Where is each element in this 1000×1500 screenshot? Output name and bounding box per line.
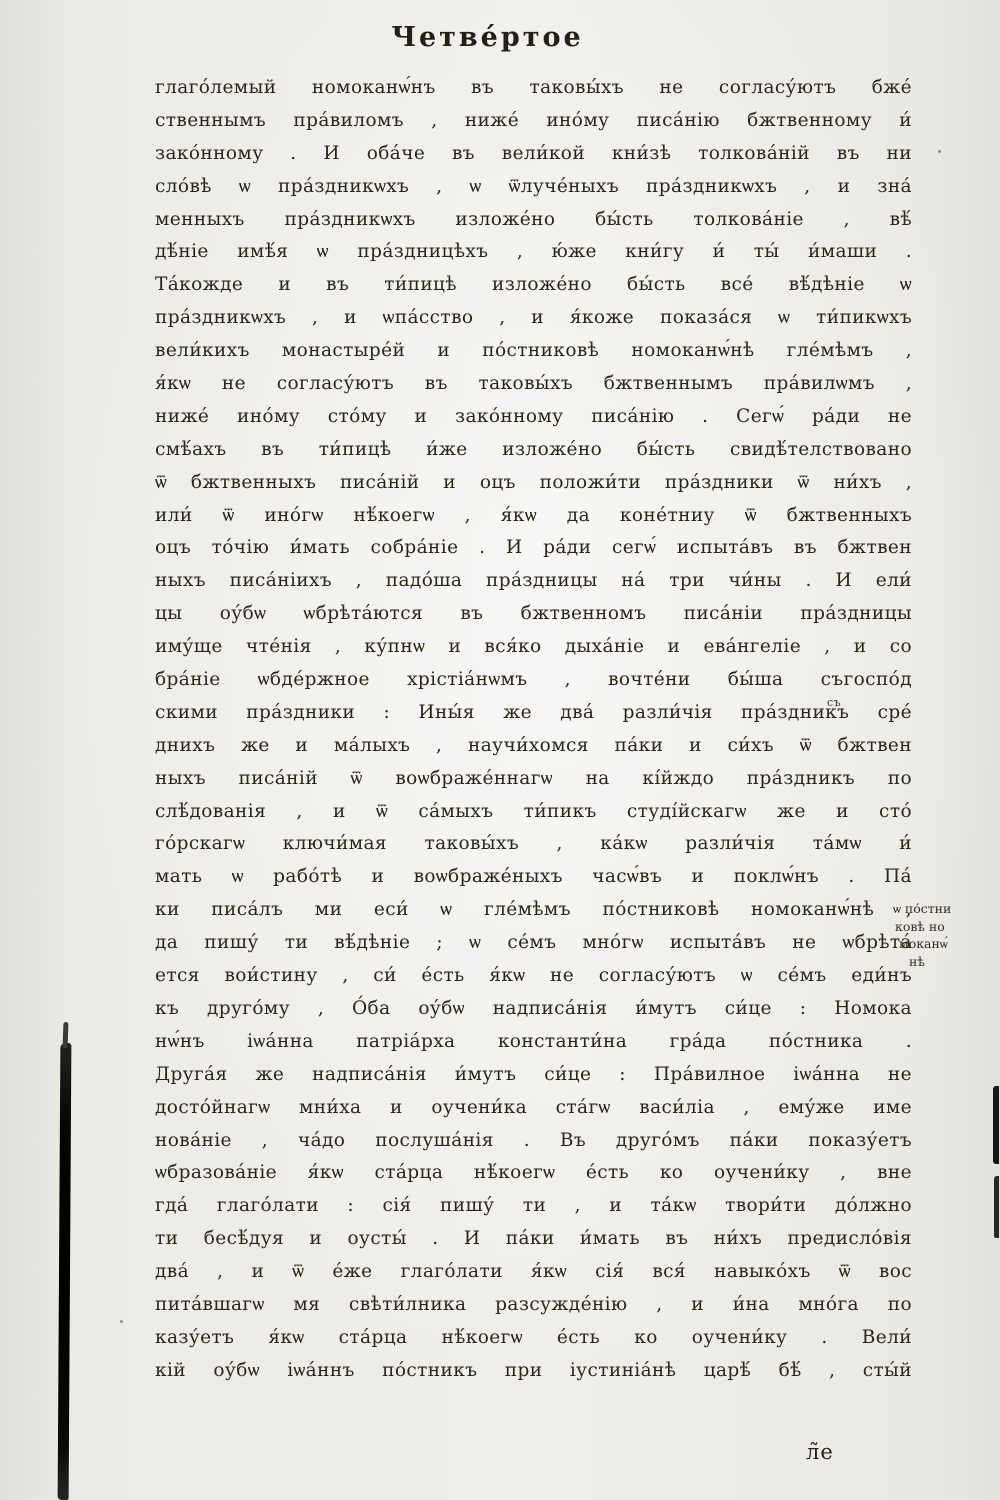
- text-line: Друга́я же надписа́нія и́мутъ си́це : Пр…: [155, 1059, 912, 1092]
- running-head: Четве́ртое: [0, 22, 975, 53]
- page-edge-mark: [994, 1176, 999, 1238]
- binding-shadow-streak: [58, 1043, 72, 1500]
- text-line: нѡ́нъ іѡа́нна патріа́рха константи́на гр…: [155, 1026, 912, 1059]
- margin-note-postnik: ѡ по́стниковѣ номоканѡ́нѣ: [893, 900, 995, 970]
- text-line: кій оу́бѡ іѡа́ннъ по́стникъ при іустиніа…: [155, 1355, 912, 1388]
- text-line: иму́ще чте́нія , ку́пнѡ и вся́ко дыха́ні…: [155, 631, 912, 664]
- text-line: смѣ́ахъ въ ти́пицѣ и́же изложе́но бы́сть…: [155, 434, 912, 467]
- text-line: да пишу́ ти вѣ́дѣніе ; ѡ се́мъ мно́гѡ ис…: [155, 927, 912, 960]
- text-line: ѡбразова́ніе я́кѡ ста́рца нѣ́коегѡ е́сть…: [155, 1157, 912, 1190]
- margin-note-line: моканѡ́: [893, 935, 995, 953]
- text-line: два́ , и ѿ е́же глаго́лати я́кѡ сія́ вся…: [155, 1256, 912, 1289]
- scanned-book-page: Четве́ртое глаго́лемый номоканѡ́нъ въ та…: [0, 0, 1000, 1500]
- margin-note-line: ѡ по́стни: [893, 900, 995, 918]
- body-text-block: глаго́лемый номоканѡ́нъ въ таковы́хъ не …: [155, 72, 912, 1388]
- text-line: днихъ же и ма́лыхъ , научи́хомся па́ки и…: [155, 730, 912, 763]
- paper-speck: [120, 1320, 123, 1323]
- text-line: слѣ́дованія , и ѿ са́мыхъ ти́пикъ студі́…: [155, 796, 912, 829]
- text-line: ственнымъ пра́виломъ , ниже́ ино́му писа…: [155, 105, 912, 138]
- text-line: сло́вѣ ѡ пра́здникѡхъ , ѡ ѿлуче́ныхъ пра…: [155, 171, 912, 204]
- margin-note-line: нѣ: [893, 953, 995, 971]
- text-line: нова́ніе , ча́до послуша́нія . Въ друго́…: [155, 1125, 912, 1158]
- text-line: я́кѡ не согласу́ютъ въ таковы́хъ бжтвенн…: [155, 368, 912, 401]
- text-line: ки писа́лъ ми еси́ ѡ гле́мѣмъ по́стников…: [155, 894, 912, 927]
- text-line: пра́здникѡхъ , и ѡпа́сство , и я́коже по…: [155, 302, 912, 335]
- text-line: ныхъ писа́ній ѿ воѡбраже́ннагѡ на кі́йжд…: [155, 763, 912, 796]
- text-line: казу́етъ я́кѡ ста́рца нѣ́коегѡ е́сть ко …: [155, 1322, 912, 1355]
- text-line: скими пра́здники : Ины́я же два́ разли́ч…: [155, 697, 912, 730]
- margin-insert-mark: съ: [827, 696, 841, 709]
- text-line: ти бесѣ́дуя и оусты́ . И па́ки и́мать въ…: [155, 1223, 912, 1256]
- text-line: дѣ́ніе имѣ́я ѡ пра́здницѣхъ , ю́же кни́г…: [155, 236, 912, 269]
- text-line: ниже́ ино́му сто́му и зако́нному писа́ні…: [155, 401, 912, 434]
- text-line: Та́кожде и въ ти́пицѣ изложе́но бы́сть в…: [155, 269, 912, 302]
- text-line: къ друго́му , О́ба оу́бѡ надписа́нія и́м…: [155, 993, 912, 1026]
- text-line: вели́кихъ монастыре́й и по́стниковѣ номо…: [155, 335, 912, 368]
- text-line: зако́нному . И оба́че въ вели́кой кни́зѣ…: [155, 138, 912, 171]
- text-line: цы оу́бѡ ѡбрѣта́ются въ бжтвенномъ писа́…: [155, 598, 912, 631]
- text-line: глаго́лемый номоканѡ́нъ въ таковы́хъ не …: [155, 72, 912, 105]
- text-line: или́ ѿ ино́гѡ нѣ́коегѡ , я́кѡ да коне́тн…: [155, 500, 912, 533]
- text-line: мать ѡ рабо́тѣ и воѡбраже́ныхъ часѡ́въ и…: [155, 861, 912, 894]
- paper-speck: [938, 150, 941, 153]
- text-line: бра́ніе ѡбде́ржное хрістіа́нѡмъ , вочте́…: [155, 664, 912, 697]
- text-line: менныхъ пра́здникѡхъ изложе́но бы́сть то…: [155, 204, 912, 237]
- text-line: го́рскагѡ ключи́мая таковы́хъ , ка́кѡ ра…: [155, 828, 912, 861]
- text-line: пита́вшагѡ мя свѣти́лника разсужде́нію ,…: [155, 1289, 912, 1322]
- page-edge-mark: [993, 1086, 999, 1164]
- text-line: гда́ глаго́лати : сія́ пишу́ ти , и та́к…: [155, 1190, 912, 1223]
- text-line: ется вои́стину , си́ е́сть я́кѡ не согла…: [155, 960, 912, 993]
- margin-note-line: ковѣ но: [893, 918, 995, 936]
- signature-mark: л̃е: [806, 1440, 834, 1464]
- text-line: ѿ бжтвенныхъ писа́ній и оцъ положи́ти пр…: [155, 467, 912, 500]
- text-line: оцъ то́чію и́мать собра́ніе . И ра́ди се…: [155, 532, 912, 565]
- text-line: досто́йнагѡ мни́ха и оучени́ка ста́гѡ ва…: [155, 1092, 912, 1125]
- binding-shadow-tip: [63, 1022, 69, 1048]
- text-line: ныхъ писа́ніихъ , падо́ша пра́здницы на́…: [155, 565, 912, 598]
